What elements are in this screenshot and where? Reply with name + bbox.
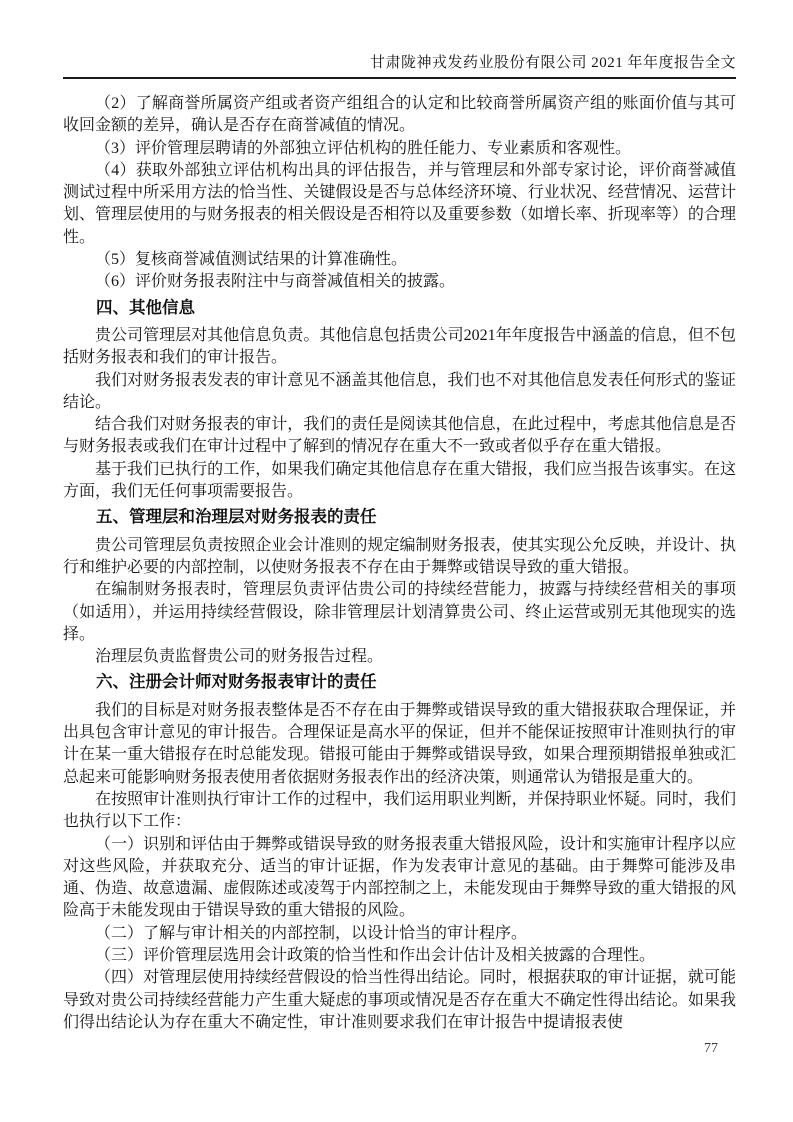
paragraph-auditor-item-1: （一）识别和评估由于舞弊或错误导致的财务报表重大错报风险，设计和实施审计程序以应… (63, 834, 736, 923)
paragraph-other-info-2: 我们对财务报表发表的审计意见不涵盖其他信息，我们也不对其他信息发表任何形式的鉴证… (63, 370, 736, 415)
paragraph-goodwill-step2: （2）了解商誉所属资产组或者资产组组合的认定和比较商誉所属资产组的账面价值与其可… (63, 93, 736, 138)
paragraph-mgmt-resp-3: 治理层负责监督贵公司的财务报告过程。 (63, 646, 736, 668)
paragraph-auditor-item-3: （三）评价管理层选用会计政策的恰当性和作出会计估计及相关披露的合理性。 (63, 945, 736, 967)
paragraph-mgmt-resp-1: 贵公司管理层负责按照企业会计准则的规定编制财务报表，使其实现公允反映，并设计、执… (63, 535, 736, 580)
header-title: 甘肃陇神戎发药业股份有限公司 2021 年年度报告全文 (63, 54, 736, 72)
paragraph-auditor-item-4: （四）对管理层使用持续经营假设的恰当性得出结论。同时，根据获取的审计证据，就可能… (63, 967, 736, 1034)
document-body: （2）了解商誉所属资产组或者资产组组合的认定和比较商誉所属资产组的账面价值与其可… (63, 93, 736, 1034)
paragraph-auditor-resp-2: 在按照审计准则执行审计工作的过程中，我们运用职业判断，并保持职业怀疑。同时，我们… (63, 789, 736, 834)
paragraph-auditor-item-2: （二）了解与审计相关的内部控制，以设计恰当的审计程序。 (63, 923, 736, 945)
paragraph-other-info-3: 结合我们对财务报表的审计，我们的责任是阅读其他信息，在此过程中，考虑其他信息是否… (63, 414, 736, 459)
report-page: 甘肃陇神戎发药业股份有限公司 2021 年年度报告全文 （2）了解商誉所属资产组… (0, 0, 793, 1122)
section-heading-5-management-responsibility: 五、管理层和治理层对财务报表的责任 (63, 506, 736, 528)
paragraph-goodwill-step3: （3）评价管理层聘请的外部独立评估机构的胜任能力、专业素质和客观性。 (63, 138, 736, 160)
paragraph-auditor-resp-1: 我们的目标是对财务报表整体是否不存在由于舞弊或错误导致的重大错报获取合理保证，并… (63, 700, 736, 789)
page-header: 甘肃陇神戎发药业股份有限公司 2021 年年度报告全文 (63, 0, 736, 79)
paragraph-goodwill-step4: （4）获取外部独立评估机构出具的评估报告，并与管理层和外部专家讨论，评价商誉减值… (63, 160, 736, 249)
paragraph-mgmt-resp-2: 在编制财务报表时，管理层负责评估贵公司的持续经营能力，披露与持续经营相关的事项（… (63, 579, 736, 646)
paragraph-goodwill-step6: （6）评价财务报表附注中与商誉减值相关的披露。 (63, 271, 736, 293)
section-heading-6-auditor-responsibility: 六、注册会计师对财务报表审计的责任 (63, 671, 736, 693)
page-number: 77 (704, 1040, 718, 1058)
paragraph-goodwill-step5: （5）复核商誉减值测试结果的计算准确性。 (63, 249, 736, 271)
paragraph-other-info-1: 贵公司管理层对其他信息负责。其他信息包括贵公司2021年年度报告中涵盖的信息，但… (63, 325, 736, 370)
paragraph-other-info-4: 基于我们已执行的工作，如果我们确定其他信息存在重大错报，我们应当报告该事实。在这… (63, 459, 736, 504)
section-heading-4-other-information: 四、其他信息 (63, 297, 736, 319)
